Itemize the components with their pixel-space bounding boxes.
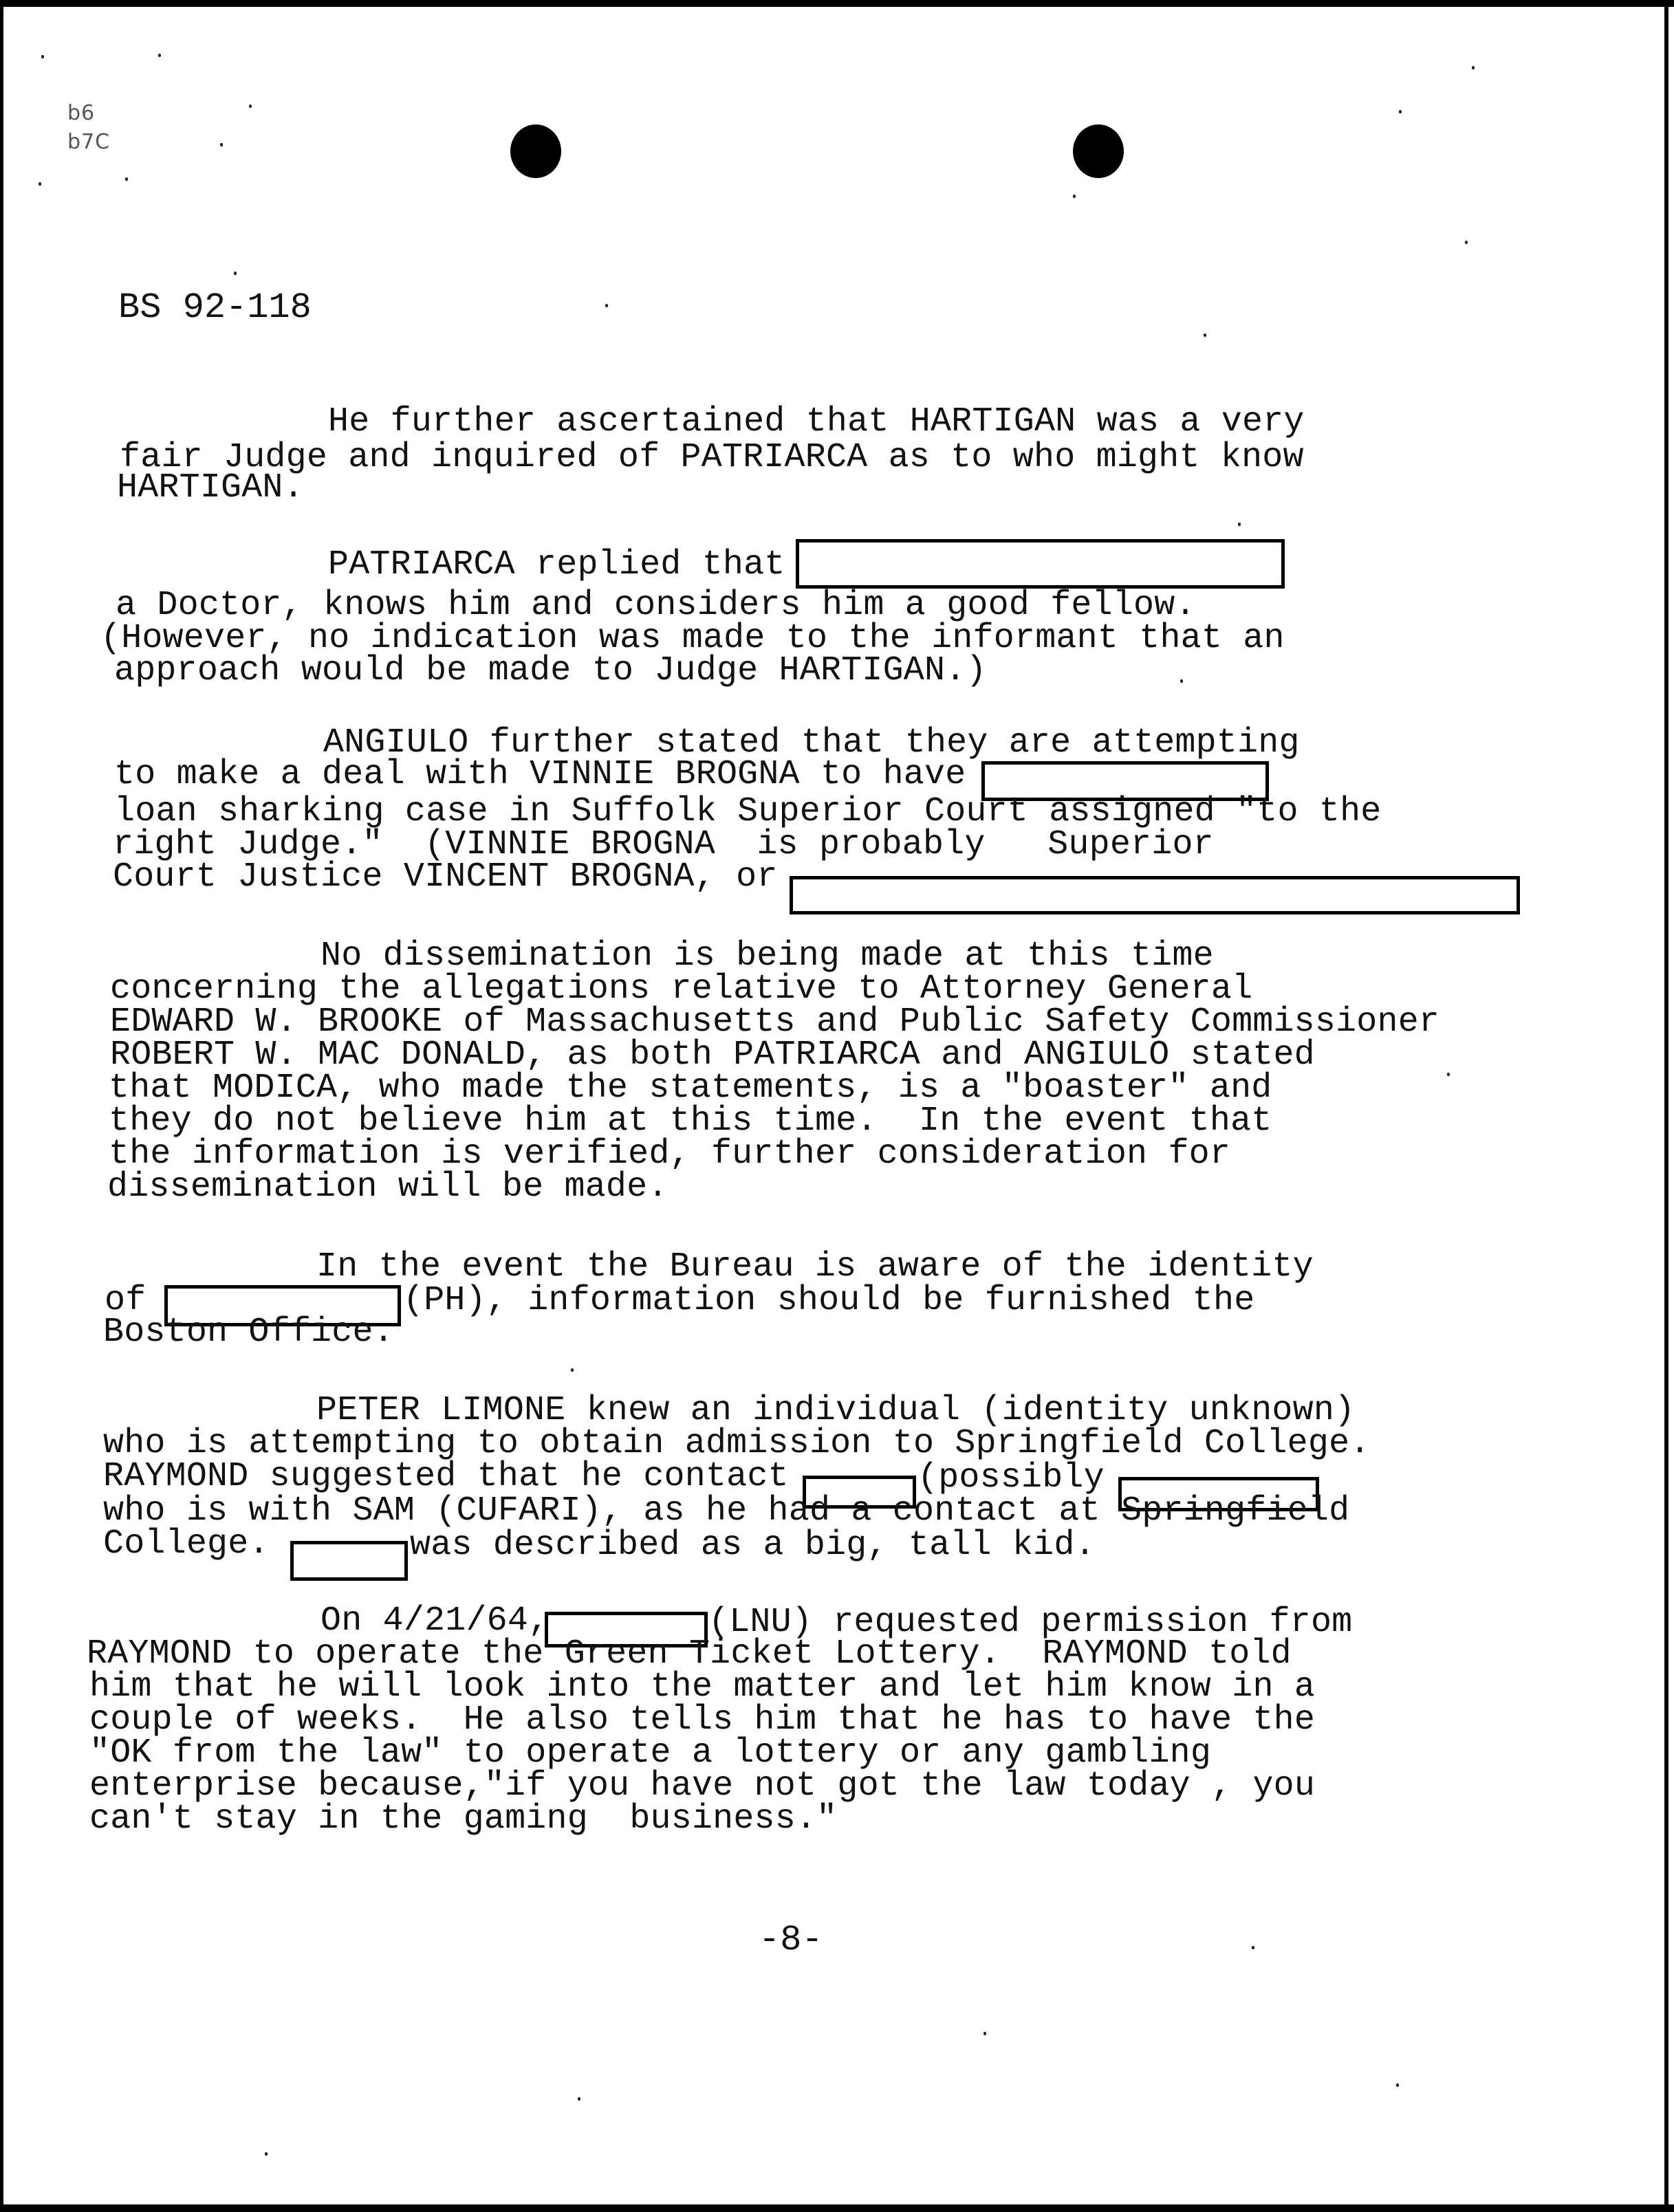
punch-hole-right <box>1073 124 1124 178</box>
text-line: approach would be made to Judge HARTIGAN… <box>114 653 987 689</box>
scan-speck <box>578 2097 580 2101</box>
scan-speck <box>1252 1946 1254 1949</box>
document-page: b6 b7C BS 92-118 He further ascertained … <box>0 0 1674 2212</box>
scan-speck <box>1465 241 1468 244</box>
scan-speck <box>158 54 161 57</box>
exemption-code-b7c: b7C <box>67 131 110 154</box>
scan-speck <box>41 55 44 58</box>
scan-speck <box>605 304 608 307</box>
text-line: RAYMOND suggested that he contact <box>103 1459 789 1495</box>
scan-speck <box>1447 1073 1450 1076</box>
file-number: BS 92-118 <box>118 287 312 329</box>
scan-speck <box>39 182 41 186</box>
text-line: HARTIGAN. <box>117 470 304 506</box>
scan-speck <box>1396 2083 1399 2087</box>
text-line: College. <box>103 1526 270 1562</box>
punch-hole-left <box>510 124 561 178</box>
text-line: who is with SAM (CUFARI), as he had a co… <box>103 1493 1349 1529</box>
scan-speck <box>983 2032 986 2035</box>
scan-speck <box>220 143 223 146</box>
text-line: He further ascertained that HARTIGAN was… <box>328 404 1305 440</box>
exemption-code-b6: b6 <box>67 102 95 125</box>
scan-edge-bottom <box>0 2204 1674 2212</box>
scan-edge-left <box>0 0 3 2212</box>
scan-edge-right <box>1664 0 1668 2212</box>
redaction-box <box>290 1541 408 1581</box>
text-line: was described as a big, tall kid. <box>410 1528 1096 1564</box>
scan-speck <box>1204 333 1206 337</box>
text-line: to make a deal with VINNIE BROGNA to hav… <box>114 757 966 793</box>
scan-speck <box>125 177 128 181</box>
scan-speck <box>1238 523 1241 526</box>
text-line: Court Justice VINCENT BROGNA, or <box>113 859 778 895</box>
scan-speck <box>1399 110 1402 113</box>
scan-speck <box>571 1368 574 1372</box>
text-line: In the event the Bureau is aware of the … <box>316 1249 1314 1285</box>
text-line: dissemination will be made. <box>107 1170 668 1205</box>
text-line: can't stay in the gaming business." <box>89 1802 837 1837</box>
scan-edge-top <box>0 0 1674 7</box>
text-line: (PH), information should be furnished th… <box>403 1283 1254 1319</box>
scan-speck <box>249 105 252 108</box>
redaction-box <box>796 539 1285 589</box>
redaction-box <box>790 876 1520 915</box>
text-line: Boston Office. <box>103 1315 394 1350</box>
scan-speck <box>1472 66 1475 69</box>
scan-speck <box>1180 679 1183 683</box>
scan-speck <box>1073 195 1076 198</box>
scan-speck <box>234 272 237 275</box>
page-number: -8- <box>759 1920 823 1961</box>
scan-speck <box>265 2152 268 2156</box>
text-line: PATRIARCA replied that <box>328 547 785 583</box>
